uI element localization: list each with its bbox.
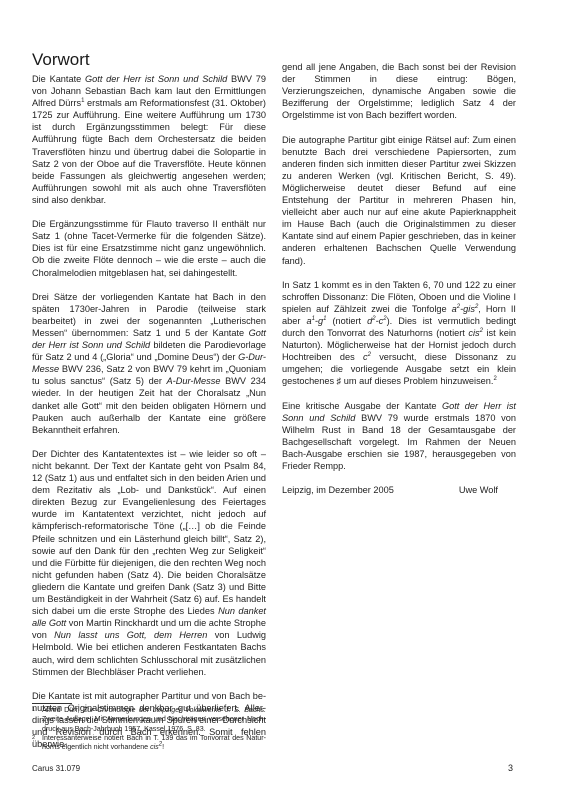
footnotes: 1 Alfred Dürr, Zur Chronologie der Leipz… (32, 706, 266, 752)
signature: Leipzig, im Dezember 2005 Uwe Wolf (282, 484, 516, 496)
paragraph: Drei Sätze der vorliegenden Kantate hat … (32, 291, 266, 436)
footnote-number: 1 (32, 706, 42, 734)
footnote: 1 Alfred Dürr, Zur Chronologie der Leipz… (32, 706, 266, 734)
footnote: 2 Interessanterweise notiert Bach in T. … (32, 734, 266, 753)
paragraph: gend all jene Angaben, die Bach sonst be… (282, 61, 516, 121)
page-title: Vorwort (32, 50, 90, 70)
right-column: gend all jene Angaben, die Bach sonst be… (282, 61, 516, 496)
paragraph: Die autographe Partitur gibt einige Räts… (282, 134, 516, 267)
left-column: Die Kantate Gott der Herr ist Sonn und S… (32, 73, 266, 762)
paragraph: Eine kritische Ausgabe der Kantate Gott … (282, 400, 516, 473)
author-name: Uwe Wolf (459, 484, 498, 496)
catalog-number: Carus 31.079 (32, 764, 80, 773)
place-date: Leipzig, im Dezember 2005 (282, 484, 394, 496)
paragraph: Die Kantate Gott der Herr ist Sonn und S… (32, 73, 266, 206)
footnote-number: 2 (32, 734, 42, 753)
paragraph: In Satz 1 kommt es in den Takten 6, 70 u… (282, 279, 516, 388)
footnote-text: Interessanterweise notiert Bach in T. 13… (42, 734, 266, 753)
footnote-divider (32, 703, 72, 704)
paragraph: Der Dichter des Kantatentextes ist – wie… (32, 448, 266, 678)
footnote-text: Alfred Dürr, Zur Chronologie der Leipzig… (42, 706, 266, 734)
paragraph: Die Ergänzungsstimme für Flauto traverso… (32, 218, 266, 278)
page-number: 3 (508, 763, 513, 773)
